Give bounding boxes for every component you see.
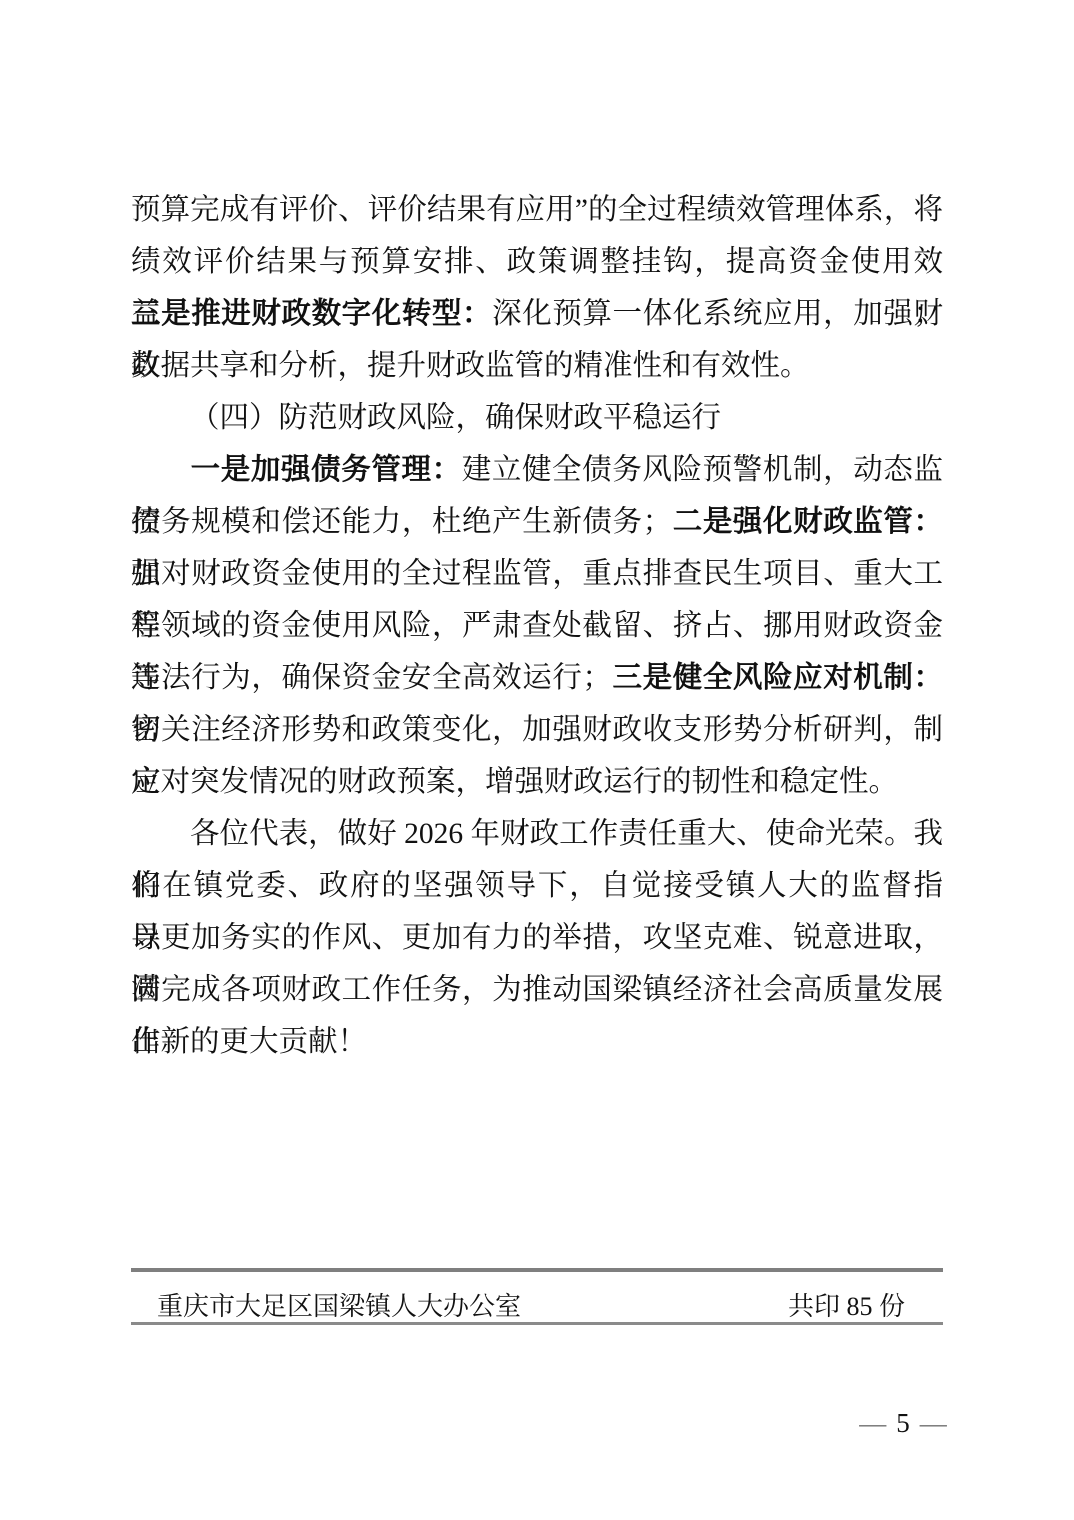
text-line-14: 将在镇党委、政府的坚强领导下，自觉接受镇人大的监督指导， [131,860,943,912]
text-line-9: 等领域的资金使用风险，严肃查处截留、挤占、挪用财政资金等 [131,600,943,652]
page-number-dash-left: — [859,1408,886,1438]
text-line-12: 应对突发情况的财政预案，增强财政运行的韧性和稳定性。 [131,756,943,808]
text-line-10: 违法行为，确保资金安全高效运行；三是健全风险应对机制：密 [131,652,943,704]
text-line-4: 数据共享和分析，提升财政监管的精准性和有效性。 [131,340,943,392]
text-line-11: 切关注经济形势和政策变化，加强财政收支形势分析研判，制定 [131,704,943,756]
text-line-6: 一是加强债务管理：建立健全债务风险预警机制，动态监控 [131,444,943,496]
text-line-2: 绩效评价结果与预算安排、政策调整挂钩，提高资金使用效益； [131,236,943,288]
text-line-15: 以更加务实的作风、更加有力的举措，攻坚克难、锐意进取，圆 [131,912,943,964]
footer-row: 重庆市大足区国梁镇人大办公室 共印 85 份 [131,1286,943,1322]
text-line-17: 出新的更大贡献！ [131,1016,943,1068]
text-segment: 违法行为，确保资金安全高效运行； [131,662,612,694]
bold-text-segment: 三是推进财政数字化转型： [131,298,492,330]
footer-rule-top [131,1268,943,1272]
text-line-1: 预算完成有评价、评价结果有应用”的全过程绩效管理体系，将 [131,184,943,236]
bold-text-segment: 一是加强债务管理： [190,454,462,486]
text-segment: 应对突发情况的财政预案，增强财政运行的韧性和稳定性。 [131,766,898,798]
text-segment: 数据共享和分析，提升财政监管的精准性和有效性。 [131,350,810,382]
bold-text-segment: 三是健全风险应对机制： [612,662,943,694]
page-number-dash-right: — [920,1408,947,1438]
footer-rule-bottom [131,1322,943,1325]
text-segment: 出新的更大贡献！ [131,1026,367,1058]
bold-text-segment: 二是强化财政监管： [672,506,943,538]
text-segment: 预算完成有评价、评价结果有应用”的全过程绩效管理体系，将 [131,194,943,226]
footer-print-copies: 共印 85 份 [788,1286,943,1323]
text-line-13: 各位代表，做好 2026 年财政工作责任重大、使命光荣。我们 [131,808,943,860]
text-line-3: 三是推进财政数字化转型：深化预算一体化系统应用，加强财政 [131,288,943,340]
text-segment: （四）防范财政风险，确保财政平稳运行 [190,402,721,434]
document-body-text: 预算完成有评价、评价结果有应用”的全过程绩效管理体系，将绩效评价结果与预算安排、… [131,184,943,1068]
text-line-7: 债务规模和偿还能力，杜绝产生新债务；二是强化财政监管：加 [131,496,943,548]
page-number: —5— [848,1406,958,1440]
text-line-5: （四）防范财政风险，确保财政平稳运行 [131,392,943,444]
text-line-8: 强对财政资金使用的全过程监管，重点排查民生项目、重大工程 [131,548,943,600]
text-line-16: 满完成各项财政工作任务，为推动国梁镇经济社会高质量发展作 [131,964,943,1016]
footer-issuer: 重庆市大足区国梁镇人大办公室 [131,1286,521,1323]
text-segment: 债务规模和偿还能力，杜绝产生新债务； [131,506,672,538]
page-number-value: 5 [886,1408,920,1438]
document-page: 预算完成有评价、评价结果有应用”的全过程绩效管理体系，将绩效评价结果与预算安排、… [0,0,1074,1520]
